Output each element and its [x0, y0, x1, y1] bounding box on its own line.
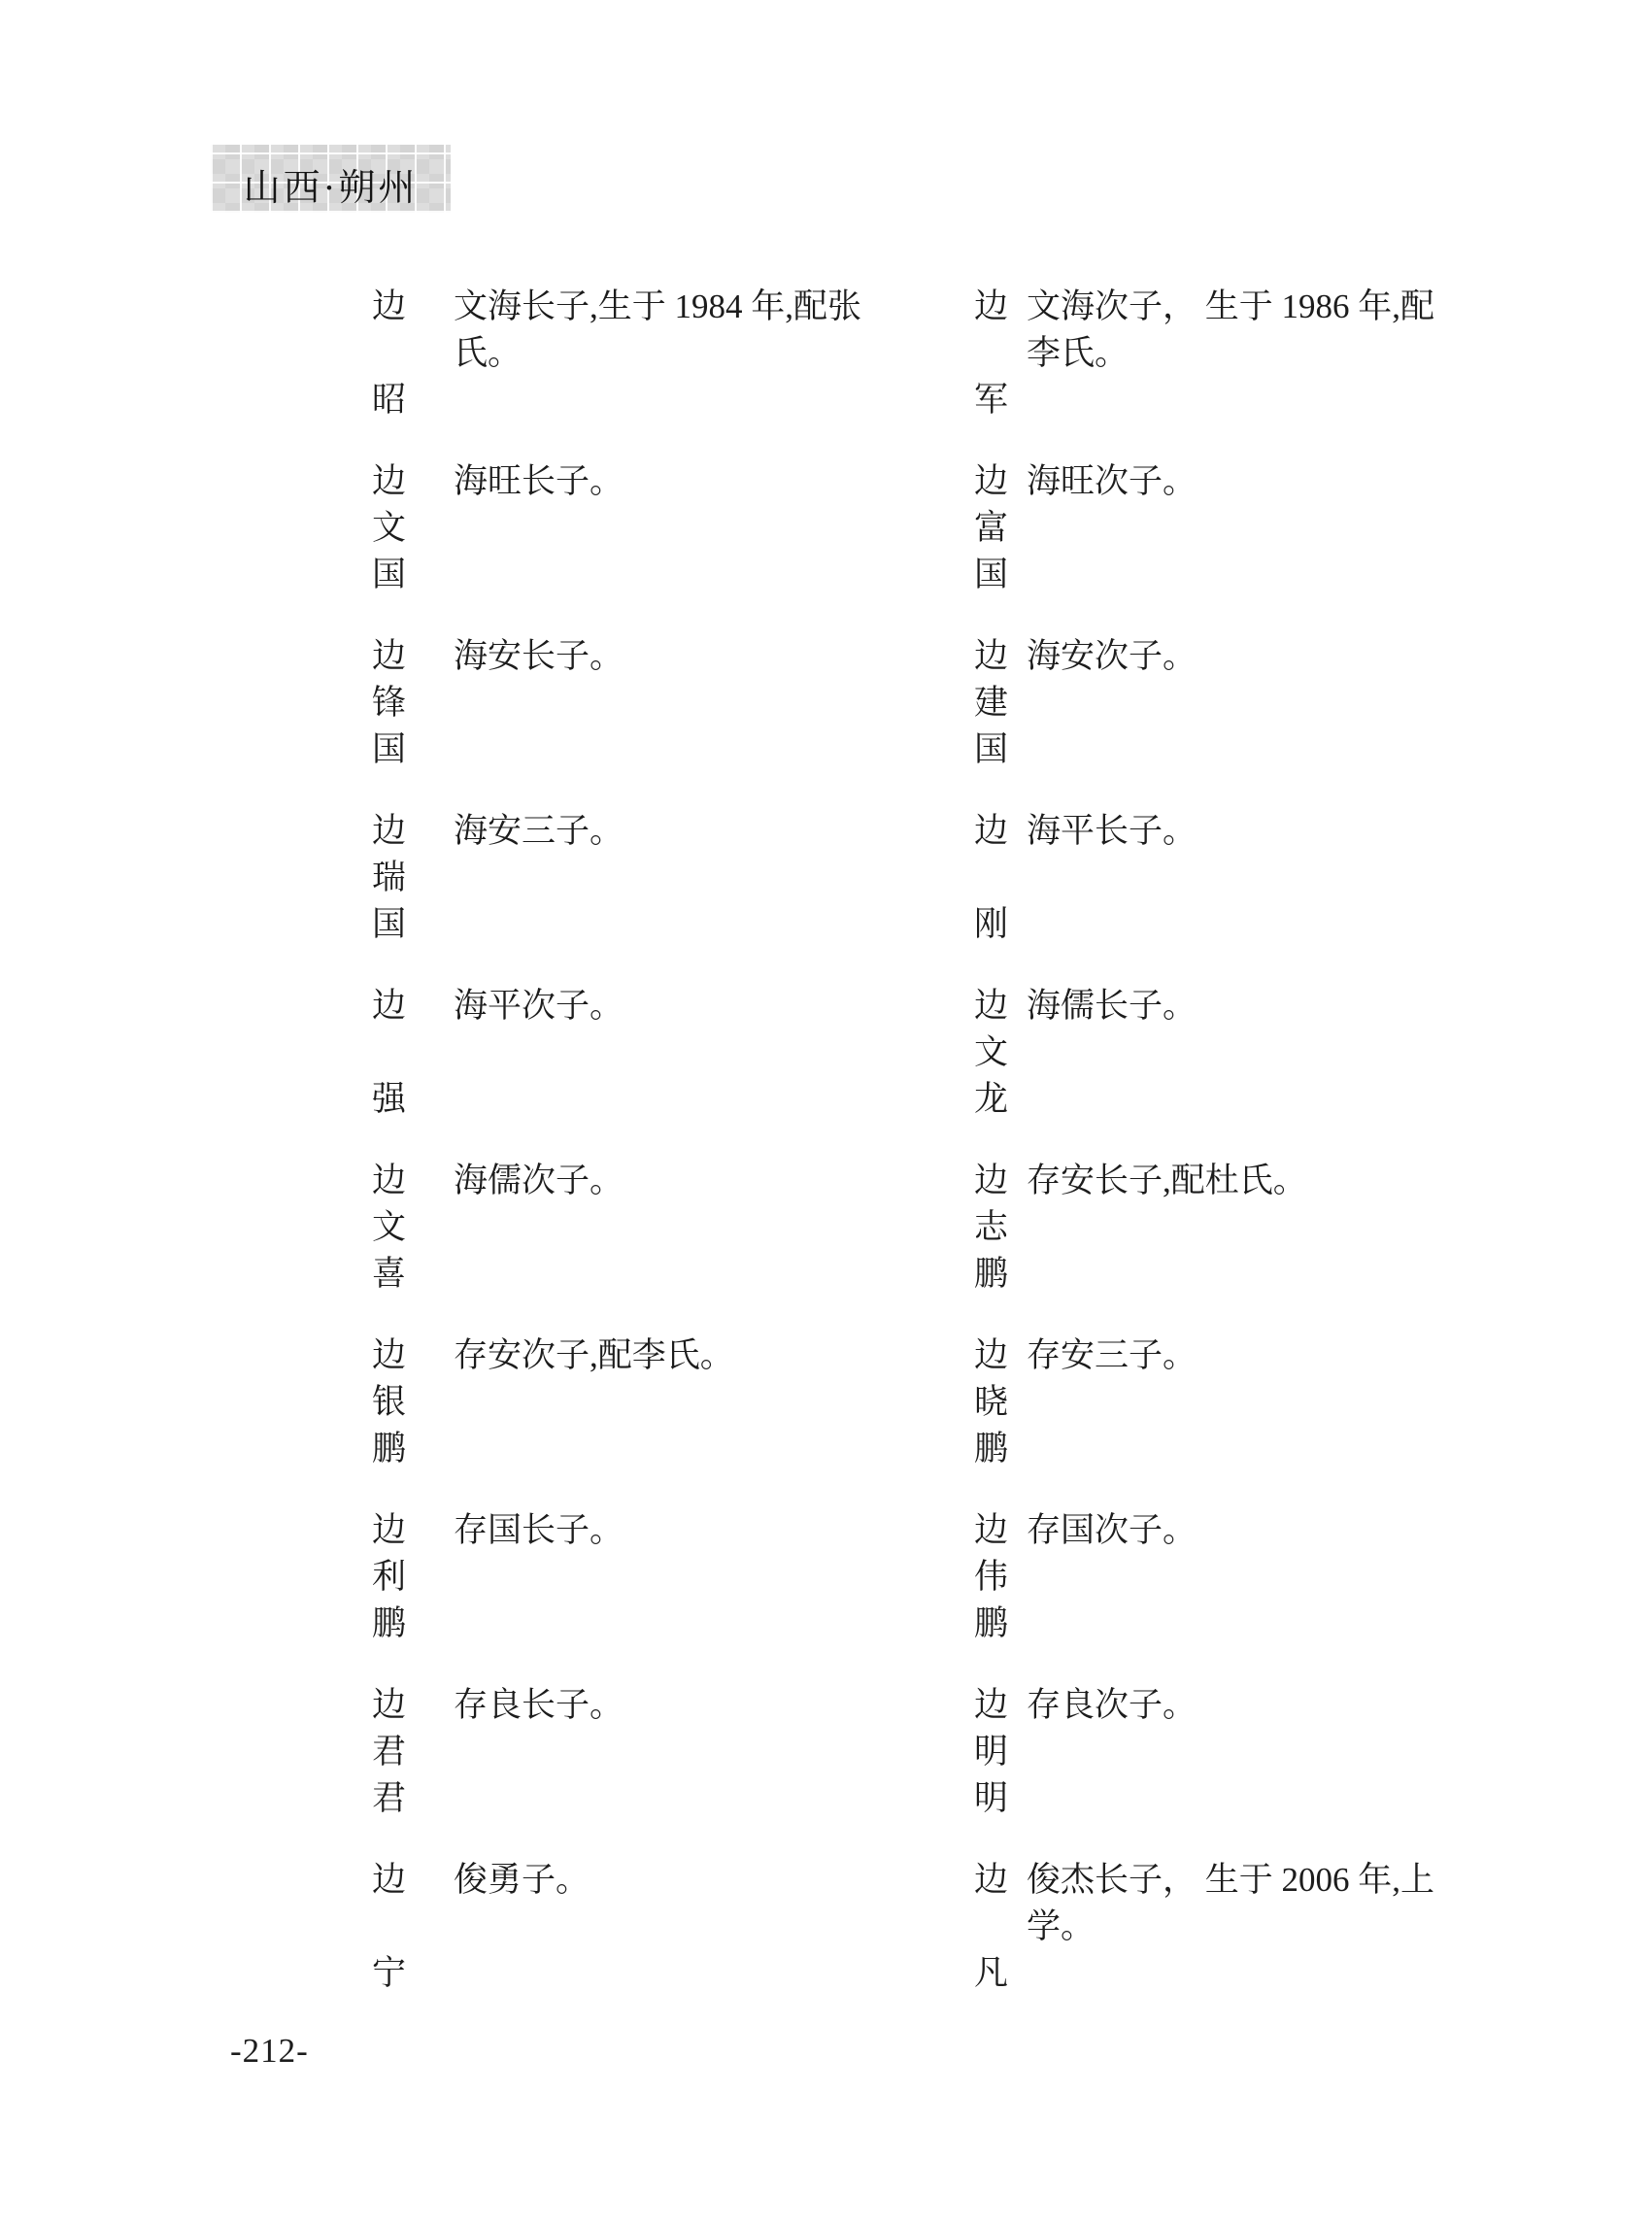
entry-row: 边 利 鹏 存国长子。 边 伟 鹏 存国次子。: [372, 1507, 1518, 1647]
person-description: 海安长子。: [454, 633, 974, 773]
entry-row: 边 君 君 存良长子。 边 明 明 存良次子。: [372, 1682, 1518, 1822]
genealogy-entries: 边 昭 文海长子,生于 1984 年,配张 氏。 边 军 文海次子， 生于 19…: [372, 284, 1518, 2032]
person-description: 海平次子。: [454, 983, 974, 1123]
person-name: 边 富 国: [974, 458, 1027, 598]
person-description: 存国次子。: [1027, 1507, 1518, 1647]
person-description: 文海次子， 生于 1986 年,配 李氏。: [1027, 284, 1518, 423]
person-name: 边 军: [974, 284, 1027, 423]
person-name: 边 利 鹏: [372, 1507, 454, 1647]
person-name: 边 刚: [974, 808, 1027, 948]
document-page: 山西·朔州 边 昭 文海长子,生于 1984 年,配张 氏。 边 军 文海次子，…: [0, 0, 1652, 2226]
person-name: 边 明 明: [974, 1682, 1027, 1822]
person-name: 边 凡: [974, 1857, 1027, 1997]
person-description: 存良次子。: [1027, 1682, 1518, 1822]
person-description: 海儒长子。: [1027, 983, 1518, 1123]
person-name: 边 瑞 国: [372, 808, 454, 948]
entry-row: 边 银 鹏 存安次子,配李氏。 边 晓 鹏 存安三子。: [372, 1332, 1518, 1472]
person-description: 文海长子,生于 1984 年,配张 氏。: [454, 284, 974, 423]
person-description: 存国长子。: [454, 1507, 974, 1647]
person-description: 海旺长子。: [454, 458, 974, 598]
person-name: 边 文 龙: [974, 983, 1027, 1123]
person-name: 边 君 君: [372, 1682, 454, 1822]
entry-row: 边 锋 国 海安长子。 边 建 国 海安次子。: [372, 633, 1518, 773]
entry-row: 边 瑞 国 海安三子。 边 刚 海平长子。: [372, 808, 1518, 948]
person-name: 边 志 鹏: [974, 1158, 1027, 1298]
person-description: 海安次子。: [1027, 633, 1518, 773]
person-description: 海平长子。: [1027, 808, 1518, 948]
entry-row: 边 文 国 海旺长子。 边 富 国 海旺次子。: [372, 458, 1518, 598]
person-name: 边 伟 鹏: [974, 1507, 1027, 1647]
entry-row: 边 文 喜 海儒次子。 边 志 鹏 存安长子,配杜氏。: [372, 1158, 1518, 1298]
entry-row: 边 昭 文海长子,生于 1984 年,配张 氏。 边 军 文海次子， 生于 19…: [372, 284, 1518, 423]
person-description: 海旺次子。: [1027, 458, 1518, 598]
region-title: 山西·朔州: [244, 170, 419, 207]
person-name: 边 昭: [372, 284, 454, 423]
region-header-box: 山西·朔州: [211, 145, 451, 213]
person-description: 俊杰长子， 生于 2006 年,上 学。: [1027, 1857, 1518, 1997]
person-description: 俊勇子。: [454, 1857, 974, 1997]
page-number: -212-: [230, 2032, 309, 2071]
person-description: 存安次子,配李氏。: [454, 1332, 974, 1472]
person-name: 边 文 喜: [372, 1158, 454, 1298]
entry-row: 边 强 海平次子。 边 文 龙 海儒长子。: [372, 983, 1518, 1123]
person-name: 边 锋 国: [372, 633, 454, 773]
person-description: 海儒次子。: [454, 1158, 974, 1298]
person-description: 海安三子。: [454, 808, 974, 948]
person-description: 存安三子。: [1027, 1332, 1518, 1472]
person-description: 存良长子。: [454, 1682, 974, 1822]
person-name: 边 文 国: [372, 458, 454, 598]
entry-row: 边 宁 俊勇子。 边 凡 俊杰长子， 生于 2006 年,上 学。: [372, 1857, 1518, 1997]
person-name: 边 强: [372, 983, 454, 1123]
person-name: 边 晓 鹏: [974, 1332, 1027, 1472]
person-name: 边 建 国: [974, 633, 1027, 773]
person-name: 边 银 鹏: [372, 1332, 454, 1472]
person-description: 存安长子,配杜氏。: [1027, 1158, 1518, 1298]
person-name: 边 宁: [372, 1857, 454, 1997]
